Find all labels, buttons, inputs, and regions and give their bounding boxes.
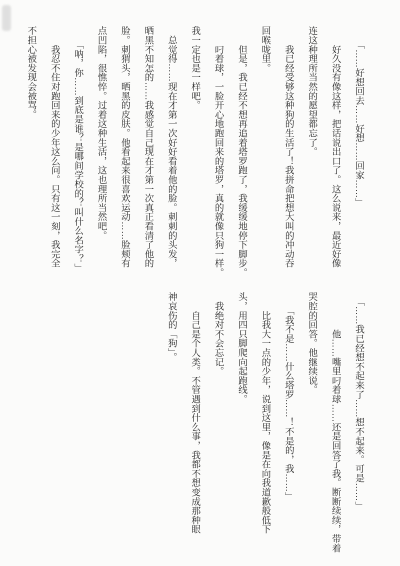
- text-column: 头，用四只脚爬向起跑线。: [230, 292, 253, 554]
- text-column: 我已经受够这种狗的生活了！我拼命把想大叫的冲动吞: [276, 26, 299, 280]
- bottom-text-band: 「……我已经想不起来了……想不起来。可是……」 他……嘴里叼着球……还是回答了我…: [159, 292, 370, 554]
- text-column: 脸。刺猬头，晒黑的皮肤。他看起来很喜欢运动……脸颊有: [113, 26, 136, 280]
- text-column: 回喉咙里。: [253, 26, 276, 280]
- text-column: 我忍不住对跑回来的少年这么问。只有这一刻，我完全: [42, 26, 65, 280]
- text-column: 哭腔的回答。他继续说。: [300, 292, 323, 554]
- text-column: 不担心被发现会被骂。: [19, 26, 42, 280]
- text-column: 我绝对不会忘记。: [206, 292, 229, 554]
- text-column: 「……好想回去……好想……回家……」: [347, 26, 370, 280]
- text-column: 「我不是……什么塔罗……！不是的，我……」: [276, 292, 299, 554]
- text-column: 点凹陷，很憔悴。过着这种生活，这也理所当然吧。: [89, 26, 112, 280]
- text-column: 「……我已经想不起来了……想不起来。可是……」: [347, 292, 370, 554]
- text-column: 他……嘴里叼着球……还是回答了我。断断续续，带着: [323, 292, 346, 554]
- text-column: 但是，我已经不想再追着塔罗跑了，我缓缓地停下脚步。: [230, 26, 253, 280]
- text-column: 神哀伤的「狗」。: [159, 292, 182, 554]
- text-column: 「呐，你……到底是谁？是哪间学校的？叫什么名字？」: [66, 26, 89, 280]
- top-text-band: 「……好想回去……好想……回家……」 好久没有像这样，把话说出口了。这么说来，最…: [19, 26, 370, 280]
- scan-artifact: [2, 5, 11, 31]
- text-column: 比我大一点的少年，说到这里，像是在向我道歉般低下: [253, 292, 276, 554]
- text-column: 我一定也是一样吧。: [183, 26, 206, 280]
- text-column: 叼着球，一脸开心地跑回来的塔罗，真的就像只狗一样。: [206, 26, 229, 280]
- text-column: 晒黑不知怎的……我感觉自己现在才第一次真正看清了他的: [136, 26, 159, 280]
- text-column: 自己是个人类。不管遇到什么事，我都不想变成那种眼: [183, 292, 206, 554]
- novel-page: 「……好想回去……好想……回家……」 好久没有像这样，把话说出口了。这么说来，最…: [0, 0, 400, 566]
- text-column: 好久没有像这样，把话说出口了。这么说来，最近好像: [323, 26, 346, 280]
- text-column: 连这种理所当然的愿望都忘了。: [300, 26, 323, 280]
- text-column: 总觉得……现在才第一次好好看着他的脸。刺刺的头发，: [159, 26, 182, 280]
